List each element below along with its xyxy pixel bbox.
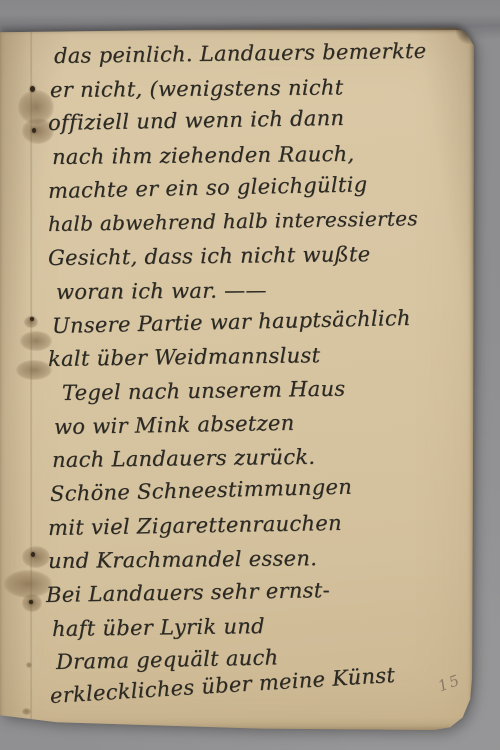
paper-sheet: das peinlich. Landauers bemerkte er nich… [0,28,474,730]
handwriting-line: offiziell und wenn ich dann [48,100,471,141]
stain [26,662,32,668]
stain [22,546,50,568]
stitch-hole [32,128,36,133]
stain [16,360,52,380]
paper-top-edge [0,28,474,30]
handwriting-line: mit viel Zigarettenrauchen [48,504,471,545]
handwriting-line: wo wir Mink absetzen [54,403,471,444]
stitch-hole [30,86,35,92]
handwriting-line: halb abwehrend halb interessiertes [48,202,470,242]
stitch-hole [29,600,33,604]
handwriting-line: Bei Landauers sehr ernst- [46,572,471,613]
stitch-hole [30,317,34,321]
handwriting-line: das peinlich. Landauers bemerkte [54,34,470,73]
handwriting-line: Gesicht, dass ich nicht wußte [48,237,470,276]
handwriting-block: das peinlich. Landauers bemerkte er nich… [48,40,470,714]
stitch-hole [31,552,35,557]
stain [22,708,31,715]
manuscript-page: das peinlich. Landauers bemerkte er nich… [0,28,474,730]
